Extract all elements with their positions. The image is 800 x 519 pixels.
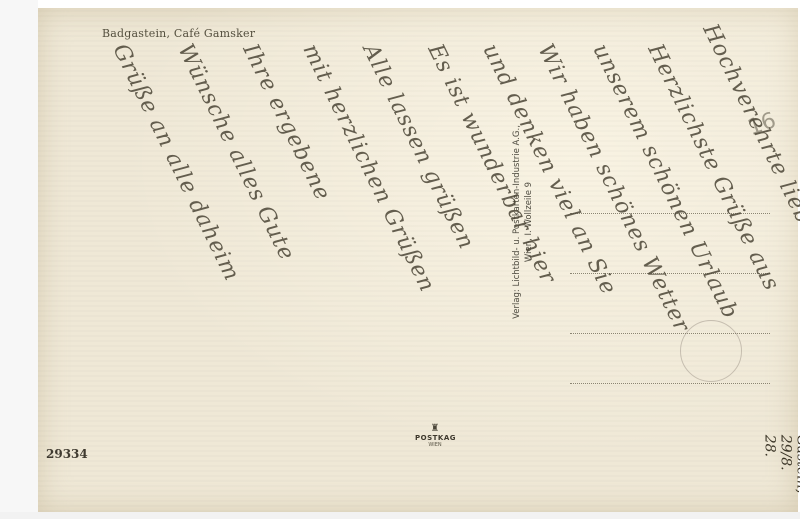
logo-emblem-icon: ♜	[415, 423, 455, 434]
publisher-imprint: Verlag: Lichtbild- u. Postkarten-Industr…	[511, 92, 535, 352]
handwritten-place-date: Bad Gastein, 29/8. 28.	[761, 435, 800, 494]
publisher-line-2: Wien, I. Wollzeile 9	[523, 92, 535, 352]
address-line	[570, 213, 770, 214]
scan-margin-left	[0, 0, 38, 519]
publisher-line-1: Verlag: Lichtbild- u. Postkarten-Industr…	[511, 92, 523, 352]
serial-number: 29334	[46, 447, 88, 461]
logo-sub: WIEN	[415, 442, 455, 448]
scan-margin-bottom	[0, 512, 800, 519]
publisher-logo: ♜ POSTKAG WIEN	[415, 423, 455, 448]
address-line	[570, 273, 770, 274]
address-line	[570, 333, 770, 334]
printed-caption: Badgastein, Café Gamsker	[102, 27, 255, 40]
address-line	[570, 383, 770, 384]
faint-stamp-mark	[680, 320, 742, 382]
logo-name: POSTKAG	[415, 434, 455, 442]
